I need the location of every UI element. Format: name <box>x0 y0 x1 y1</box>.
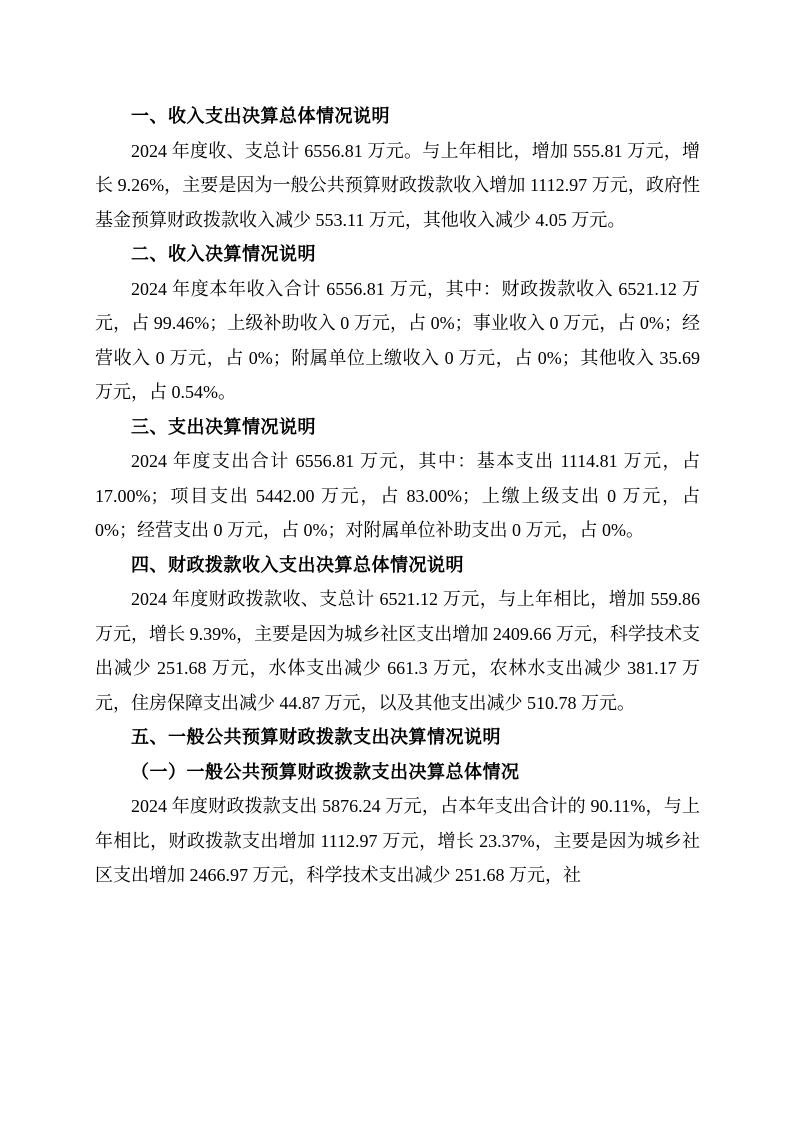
paragraph: 2024 年度本年收入合计 6556.81 万元，其中：财政拨款收入 6521.… <box>95 272 700 410</box>
paragraph: 2024 年度财政拨款支出 5876.24 万元，占本年支出合计的 90.11%… <box>95 789 700 893</box>
section-heading: 五、一般公共预算财政拨款支出决算情况说明 <box>95 720 700 755</box>
paragraph: 2024 年度财政拨款收、支总计 6521.12 万元，与上年相比，增加 559… <box>95 582 700 720</box>
paragraph: 2024 年度支出合计 6556.81 万元，其中：基本支出 1114.81 万… <box>95 444 700 548</box>
section-income-final-accounts: 二、收入决算情况说明 2024 年度本年收入合计 6556.81 万元，其中：财… <box>95 237 700 410</box>
section-heading: 一、收入支出决算总体情况说明 <box>95 99 700 134</box>
section-expenditure-final-accounts: 三、支出决算情况说明 2024 年度支出合计 6556.81 万元，其中：基本支… <box>95 410 700 548</box>
section-heading: 二、收入决算情况说明 <box>95 237 700 272</box>
document-page: 一、收入支出决算总体情况说明 2024 年度收、支总计 6556.81 万元。与… <box>0 0 793 1122</box>
document-content: 一、收入支出决算总体情况说明 2024 年度收、支总计 6556.81 万元。与… <box>95 99 700 893</box>
section-general-public-budget-expenditure: 五、一般公共预算财政拨款支出决算情况说明 （一）一般公共预算财政拨款支出决算总体… <box>95 720 700 893</box>
section-heading: 三、支出决算情况说明 <box>95 410 700 445</box>
subsection-heading: （一）一般公共预算财政拨款支出决算总体情况 <box>95 755 700 790</box>
section-income-expenditure-overall: 一、收入支出决算总体情况说明 2024 年度收、支总计 6556.81 万元。与… <box>95 99 700 237</box>
paragraph: 2024 年度收、支总计 6556.81 万元。与上年相比，增加 555.81 … <box>95 134 700 238</box>
section-heading: 四、财政拨款收入支出决算总体情况说明 <box>95 548 700 583</box>
section-fiscal-appropriation-overall: 四、财政拨款收入支出决算总体情况说明 2024 年度财政拨款收、支总计 6521… <box>95 548 700 721</box>
